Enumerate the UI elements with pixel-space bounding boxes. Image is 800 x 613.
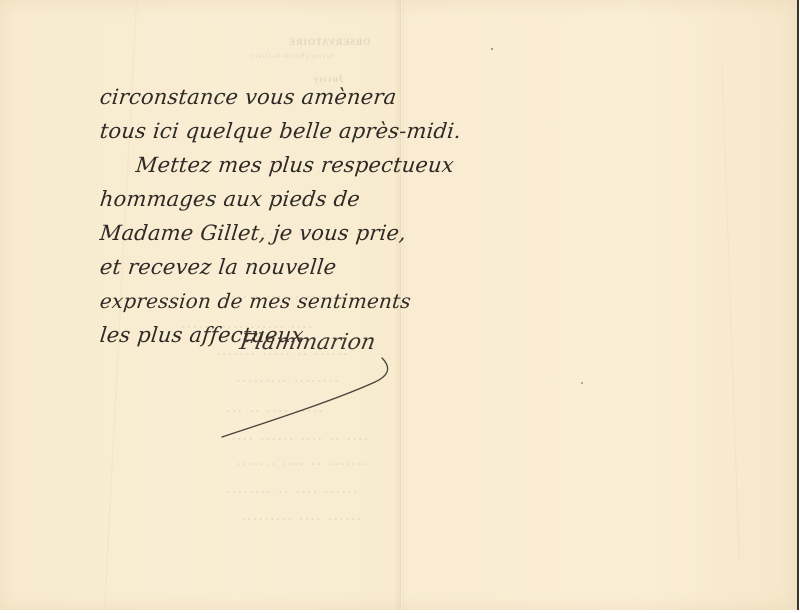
paper-speck	[581, 382, 583, 384]
letter-line: expression de mes sentiments	[98, 284, 412, 318]
show-through-handwriting: ······· ·· ···· ·······	[235, 455, 368, 473]
signature-flourish-icon	[210, 350, 400, 440]
letter-line: Mettez mes plus respectueux	[98, 148, 412, 182]
paper-speck	[491, 48, 493, 50]
letter-scan: OBSERVATOIRE Juvisy (Seine-et-Oise) Juvi…	[0, 0, 800, 613]
letter-body: circonstance vous amènera tous ici quelq…	[100, 80, 410, 352]
paper-crease	[721, 60, 739, 560]
show-through-handwriting: ······ ···· ·· ········	[225, 483, 358, 501]
show-through-handwriting: ······ ···· ·········	[240, 510, 361, 528]
paper-sheet: OBSERVATOIRE Juvisy (Seine-et-Oise) Juvi…	[0, 0, 799, 610]
letter-line: hommages aux pieds de	[98, 182, 412, 216]
show-through-letterhead-address: Juvisy (Seine-et-Oise)	[250, 52, 334, 60]
letter-line: Madame Gillet, je vous prie,	[98, 216, 412, 250]
letter-line: tous ici quelque belle après-midi.	[98, 114, 412, 148]
letter-line: circonstance vous amènera	[98, 80, 412, 114]
show-through-letterhead-title: OBSERVATOIRE	[288, 37, 370, 47]
letter-line: et recevez la nouvelle	[98, 250, 412, 284]
